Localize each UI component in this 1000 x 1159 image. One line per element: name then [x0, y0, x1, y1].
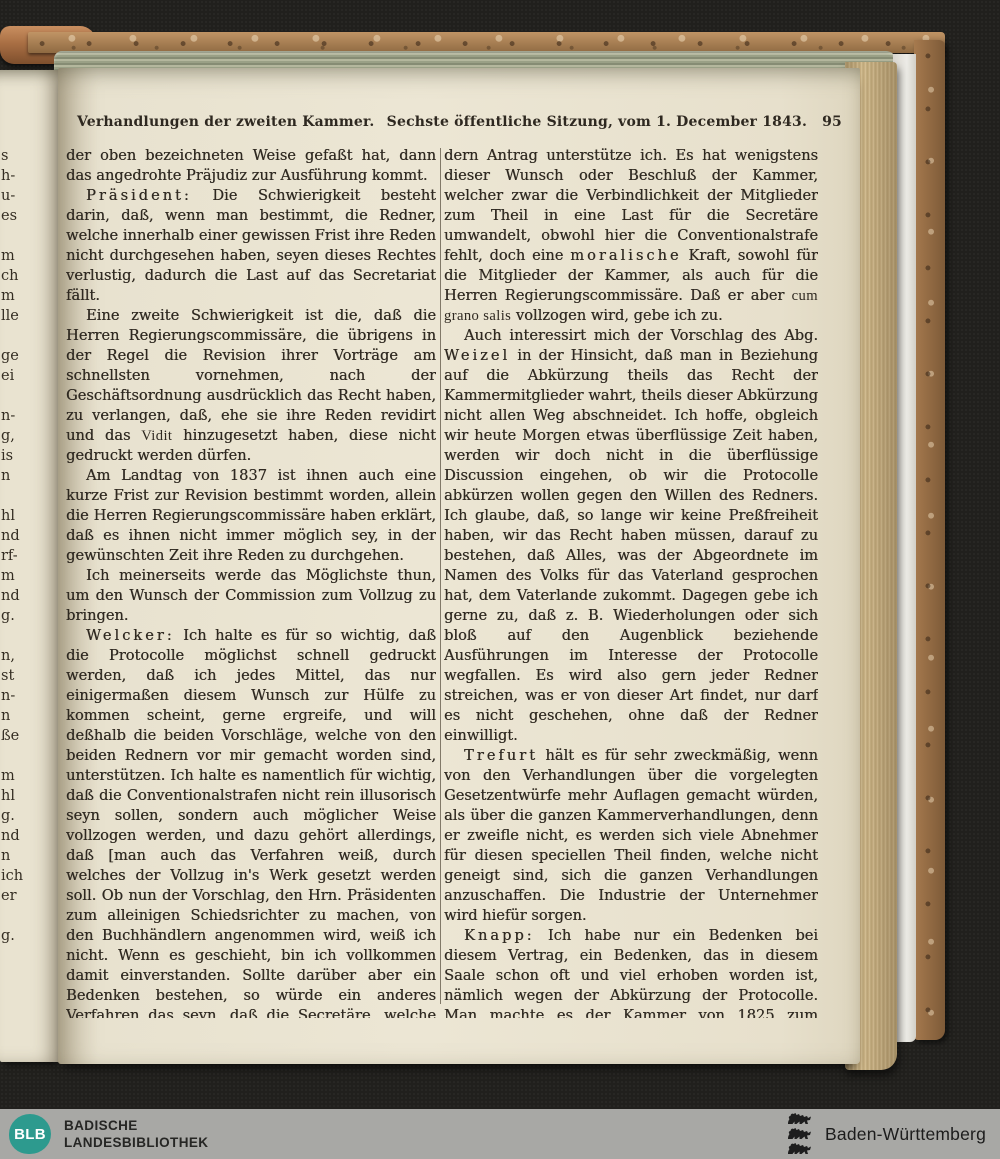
text-fragment: ei — [1, 366, 62, 386]
text-fragment: st — [1, 666, 62, 686]
text-fragment: is — [1, 446, 62, 466]
text-fragment — [1, 386, 62, 406]
text-fragment: m — [1, 766, 62, 786]
text-fragment: n — [1, 466, 62, 486]
body-text: der oben bezeichneten Weise gefaßt hat, … — [66, 147, 436, 184]
text-fragment: ich — [1, 866, 62, 886]
paragraph: Auch interessirt mich der Vorschlag des … — [444, 326, 818, 746]
paragraph: der oben bezeichneten Weise gefaßt hat, … — [66, 146, 436, 186]
text-fragment: n- — [1, 406, 62, 426]
text-fragment — [1, 906, 62, 926]
coat-of-arms-icon — [787, 1112, 813, 1156]
text-fragment — [1, 326, 62, 346]
text-fragment: h- — [1, 166, 62, 186]
library-name: BADISCHE LANDESBIBLIOTHEK — [64, 1117, 208, 1151]
state-branding: Baden-Württemberg — [787, 1109, 986, 1159]
text-columns: der oben bezeichneten Weise gefaßt hat, … — [66, 146, 818, 1018]
text-fragment — [1, 626, 62, 646]
emphasized-text: Welcker: — [86, 627, 175, 644]
body-text: hält es für sehr zweckmäßig, wenn von de… — [444, 747, 818, 924]
emphasized-text: Trefurt — [464, 747, 538, 764]
book-cover-top-edge — [28, 32, 945, 53]
body-text: in der Hinsicht, daß man in Beziehung au… — [444, 347, 818, 744]
paragraph: Knapp: Ich habe nur ein Bedenken bei die… — [444, 926, 818, 1018]
text-fragment — [1, 226, 62, 246]
column-divider-rule — [440, 148, 441, 1004]
body-text: Die Schwierigkeit besteht darin, daß, we… — [66, 187, 436, 304]
facing-page-sliver: sh-u-esmchmllegeein-g,isnhlndrf-mndg.n,s… — [0, 70, 62, 1062]
emphasized-text: Vidit — [141, 428, 172, 444]
body-text: Ich meinerseits werde das Möglichste thu… — [66, 567, 436, 624]
left-column: der oben bezeichneten Weise gefaßt hat, … — [66, 146, 436, 1018]
page-number: 95 — [822, 114, 842, 130]
paragraph: dern Antrag unterstütze ich. Es hat weni… — [444, 146, 818, 326]
text-fragment: n- — [1, 686, 62, 706]
text-fragment: er — [1, 886, 62, 906]
text-fragment: es — [1, 206, 62, 226]
text-fragment: rf- — [1, 546, 62, 566]
text-fragment: n — [1, 846, 62, 866]
gutter-text-fragments: sh-u-esmchmllegeein-g,isnhlndrf-mndg.n,s… — [0, 146, 62, 946]
text-fragment: g. — [1, 926, 62, 946]
text-fragment: n, — [1, 646, 62, 666]
library-footer-bar: BLB BADISCHE LANDESBIBLIOTHEK Baden-Würt… — [0, 1109, 1000, 1159]
body-text: Eine zweite Schwierigkeit ist die, daß d… — [66, 307, 436, 444]
text-fragment: g. — [1, 606, 62, 626]
text-fragment — [1, 486, 62, 506]
text-fragment: hl — [1, 786, 62, 806]
text-fragment: s — [1, 146, 62, 166]
state-name: Baden-Württemberg — [825, 1124, 986, 1145]
text-fragment: ch — [1, 266, 62, 286]
library-name-line1: BADISCHE — [64, 1117, 208, 1134]
body-text: vollzogen wird, gebe ich zu. — [511, 307, 722, 324]
text-fragment: m — [1, 246, 62, 266]
paragraph: Trefurt hält es für sehr zweckmäßig, wen… — [444, 746, 818, 926]
body-text: Am Landtag von 1837 ist ihnen auch eine … — [66, 467, 436, 564]
text-fragment: ge — [1, 346, 62, 366]
text-fragment: m — [1, 566, 62, 586]
book-page: Verhandlungen der zweiten Kammer. Sechst… — [58, 68, 860, 1064]
running-header: Verhandlungen der zweiten Kammer. Sechst… — [66, 114, 818, 134]
running-title: Verhandlungen der zweiten Kammer. Sechst… — [77, 114, 807, 130]
text-fragment — [1, 746, 62, 766]
paragraph: Präsident: Die Schwierigkeit besteht dar… — [66, 186, 436, 306]
body-text: Ich halte es für so wichtig, daß die Pro… — [66, 627, 436, 1018]
text-fragment: m — [1, 286, 62, 306]
paragraph: Welcker: Ich halte es für so wichtig, da… — [66, 626, 436, 1018]
emphasized-text: moralische — [570, 247, 681, 264]
page-content: Verhandlungen der zweiten Kammer. Sechst… — [66, 68, 818, 1064]
emphasized-text: Weizel — [444, 347, 510, 364]
text-fragment: g. — [1, 806, 62, 826]
emphasized-text: Präsident: — [86, 187, 192, 204]
text-fragment: n — [1, 706, 62, 726]
text-fragment: g, — [1, 426, 62, 446]
scan-viewer-background: sh-u-esmchmllegeein-g,isnhlndrf-mndg.n,s… — [0, 0, 1000, 1159]
text-fragment: nd — [1, 826, 62, 846]
blb-logo: BLB — [9, 1114, 51, 1154]
emphasized-text: Knapp: — [464, 927, 535, 944]
book-cover-right-edge — [914, 40, 945, 1040]
text-fragment: nd — [1, 586, 62, 606]
paragraph: Eine zweite Schwierigkeit ist die, daß d… — [66, 306, 436, 466]
text-fragment: lle — [1, 306, 62, 326]
paragraph: Am Landtag von 1837 ist ihnen auch eine … — [66, 466, 436, 566]
right-column: dern Antrag unterstütze ich. Es hat weni… — [444, 146, 818, 1018]
text-fragment: ße — [1, 726, 62, 746]
body-text: Auch interessirt mich der Vorschlag des … — [464, 327, 818, 344]
paragraph: Ich meinerseits werde das Möglichste thu… — [66, 566, 436, 626]
text-fragment: hl — [1, 506, 62, 526]
blb-logo-text: BLB — [14, 1126, 46, 1143]
text-fragment: nd — [1, 526, 62, 546]
library-name-line2: LANDESBIBLIOTHEK — [64, 1134, 208, 1151]
text-fragment: u- — [1, 186, 62, 206]
